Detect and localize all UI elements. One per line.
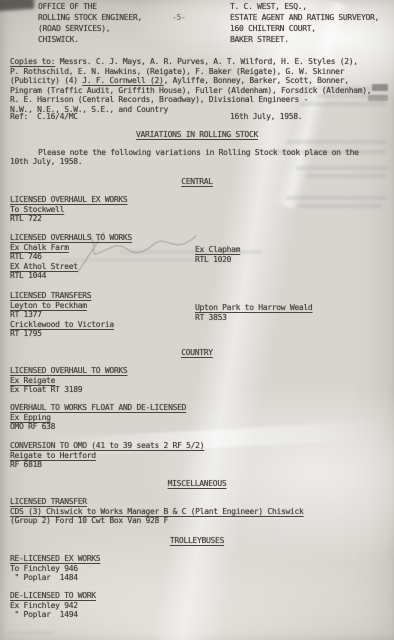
entry-location: " Poplar 1494: [10, 610, 96, 620]
entry-heading: DE-LICENSED TO WORK: [10, 591, 96, 601]
document-title-text: VARIATIONS IN ROLLING STOCK: [136, 130, 258, 139]
entry-location: Ex Chalk Farm: [10, 243, 132, 253]
fleet-number: RF 681B: [10, 460, 204, 470]
scanned-memo-page: OFFICE OF THE ROLLING STOCK ENGINEER, (R…: [0, 0, 394, 640]
ink-smudge: [372, 84, 388, 91]
fleet-number: RTL 1044: [10, 271, 132, 281]
section-heading-text: CENTRAL: [181, 177, 213, 186]
entry-heading: CONVERSION TO OMO (41 to 39 seats 2 RF 5…: [10, 441, 204, 451]
section-heading-central: CENTRAL: [0, 177, 394, 187]
fleet-number: Ex Float RT 3189: [10, 385, 127, 395]
entry-location: To Finchley 946: [10, 564, 100, 574]
copies-label: Copies to:: [10, 57, 55, 66]
copies-line-3-pre: (Publicity) (4): [10, 76, 82, 85]
section-heading-text: TROLLEYBUSES: [170, 536, 224, 545]
section-heading-trolleybuses: TROLLEYBUSES: [0, 536, 394, 546]
entry-location: Ex Clapham: [195, 245, 240, 255]
entry-heading: LICENSED OVERHAUL TO WORKS: [10, 366, 127, 376]
entry-group: LICENSED TRANSFER CDS (3) Chiswick to Wo…: [10, 497, 304, 526]
sender-line-1: OFFICE OF THE: [38, 2, 97, 12]
bleed-through-text: [296, 204, 382, 208]
entry-heading: LICENSED OVERHAULS TO WORKS: [10, 233, 132, 243]
entry-location: EX Athol Street: [10, 262, 132, 272]
entry-location: Cricklewood to Victoria: [10, 320, 114, 330]
copies-line-3-post: , Ayliffe, Bonney, Barker, Scott, Bonner…: [164, 76, 349, 85]
entry-heading: LICENSED TRANSFERS: [10, 291, 114, 301]
fleet-number: RT 1377: [10, 310, 114, 320]
entry-location: Upton Park to Harrow Weald: [195, 303, 312, 313]
entry-location: Ex Reigate: [10, 376, 127, 386]
copies-line-4: Pingram (Traffic Audit, Griffith House),…: [10, 86, 371, 96]
section-heading-miscellaneous: MISCELLANEOUS: [0, 479, 394, 489]
entry-group: LICENSED OVERHAULS TO WORKS Ex Chalk Far…: [10, 233, 132, 281]
section-heading-country: COUNTRY: [0, 348, 394, 358]
copies-line-2: P. Rothschild, E. N. Hawkins, (Reigate),…: [10, 67, 371, 77]
entry-location: Leyton to Peckham: [10, 301, 114, 311]
bleed-through-text: [286, 140, 386, 144]
copies-line-1: Copies to: Messrs. C. J. Mays, A. R. Pur…: [10, 57, 371, 67]
sender-line-3: (ROAD SERVICES),: [38, 24, 110, 34]
document-title: VARIATIONS IN ROLLING STOCK: [0, 130, 394, 140]
entry-location: " Poplar 1484: [10, 573, 100, 583]
corner-smudge: [0, 0, 34, 11]
entry-location: Reigate to Hertford: [10, 451, 204, 461]
fleet-number: RTL 1020: [195, 255, 240, 265]
entry-location: To Stockwell: [10, 205, 127, 215]
copies-to-block: Copies to: Messrs. C. J. Mays, A. R. Pur…: [10, 57, 371, 114]
entry-right-column: Ex Clapham RTL 1020: [195, 245, 240, 264]
entry-detail: CDS (3) Chiswick to Works Manager B & C …: [10, 507, 304, 517]
entry-group: DE-LICENSED TO WORK Ex Finchley 942 " Po…: [10, 591, 96, 620]
entry-heading: RE-LICENSED EX WORKS: [10, 554, 100, 564]
fleet-number: RTL 746: [10, 252, 132, 262]
section-heading-text: MISCELLANEOUS: [168, 479, 227, 488]
sender-line-4: CHISWICK.: [38, 35, 79, 45]
recipient-line-4: BAKER STREET.: [230, 35, 289, 45]
fleet-number: OMO RF 638: [10, 422, 186, 432]
entry-group: CONVERSION TO OMO (41 to 39 seats 2 RF 5…: [10, 441, 204, 470]
recipient-line-1: T. C. WEST, ESQ.,: [230, 2, 307, 12]
intro-line-1: Please note the following variations in …: [38, 148, 359, 158]
entry-group: OVERHAUL TO WORKS FLOAT AND DE-LICENSED …: [10, 403, 186, 432]
entry-right-column: Upton Park to Harrow Weald RT 3853: [195, 303, 312, 322]
fleet-number: RT 1795: [10, 329, 114, 339]
entry-location: Ex Epping: [10, 413, 186, 423]
pencil-smudge: [6, 631, 54, 635]
section-heading-text: COUNTRY: [181, 348, 213, 357]
recipient-line-2: ESTATE AGENT AND RATING SURVEYOR,: [230, 13, 379, 23]
entry-group: LICENSED OVERHAUL EX WORKS To Stockwell …: [10, 195, 127, 224]
entry-heading: LICENSED OVERHAUL EX WORKS: [10, 195, 127, 205]
entry-group: LICENSED TRANSFERS Leyton to Peckham RT …: [10, 291, 114, 339]
copies-line-3-underlined: J. F. Cornwell (2): [82, 76, 163, 85]
entry-group: LICENSED OVERHAUL TO WORKS Ex Reigate Ex…: [10, 366, 127, 395]
page-number-mark: -5-: [172, 13, 186, 23]
entry-heading: LICENSED TRANSFER: [10, 497, 304, 507]
bleed-through-text: [296, 166, 388, 170]
document-date: 16th July, 1958.: [230, 112, 302, 122]
bleed-through-text: [286, 196, 386, 200]
fleet-number: RT 3853: [195, 313, 312, 323]
copies-line-3: (Publicity) (4) J. F. Cornwell (2), Ayli…: [10, 76, 371, 86]
copies-line-5: R. E. Harrison (Central Records, Broadwa…: [10, 95, 371, 105]
entry-location: Ex Finchley 942: [10, 601, 96, 611]
recipient-line-3: 160 CHILTERN COURT,: [230, 24, 316, 34]
entry-group: RE-LICENSED EX WORKS To Finchley 946 " P…: [10, 554, 100, 583]
entry-heading: OVERHAUL TO WORKS FLOAT AND DE-LICENSED: [10, 403, 186, 413]
copies-line-1-text: Messrs. C. J. Mays, A. R. Purves, A. T. …: [55, 57, 358, 66]
vehicle-detail: (Group 2) Ford 10 Cwt Box Van 928 F: [10, 516, 304, 526]
intro-line-2: 10th July, 1958.: [10, 157, 82, 167]
reference-number: Ref: C.16/4/MC: [10, 112, 78, 122]
sender-line-2: ROLLING STOCK ENGINEER,: [38, 13, 142, 23]
fleet-number: RTL 722: [10, 214, 127, 224]
